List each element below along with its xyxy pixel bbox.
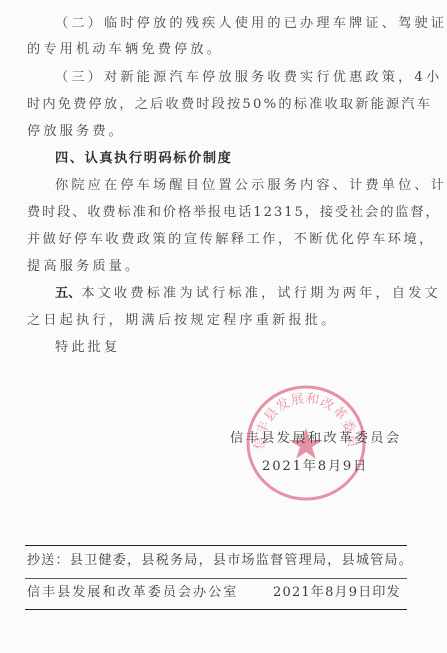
paragraph-2-line-2: 的专用机动车辆免费停放。 — [27, 42, 407, 58]
signature-date: 2021年8月9日 — [262, 459, 368, 475]
paragraph-3-line-3: 停放服务费。 — [27, 124, 407, 140]
paragraph-3-line-1: （三）对新能源汽车停放服务收费实行优惠政策，4小 — [55, 70, 407, 86]
paragraph-4-line-1: 你院应在停车场醒目位置公示服务内容、计费单位、计 — [55, 178, 407, 194]
document-page: （二）临时停放的残疾人使用的已办理车牌证、驾驶证 的专用机动车辆免费停放。 （三… — [0, 0, 447, 653]
section-lead-5: 五、 — [55, 286, 81, 301]
paragraph-5-text: 本文收费标准为试行标准，试行期为两年，自发文 — [81, 286, 440, 301]
paragraph-5-line-2: 之日起执行，期满后按规定程序重新报批。 — [27, 313, 407, 329]
paragraph-2-line-1: （二）临时停放的残疾人使用的已办理车牌证、驾驶证 — [55, 16, 407, 32]
footer-rule-middle — [25, 578, 407, 579]
paragraph-4-line-4: 提高服务质量。 — [27, 259, 407, 275]
paragraph-4-line-2: 费时段、收费标准和价格举报电话12315，接受社会的监督， — [27, 205, 407, 221]
paragraph-4-line-3: 并做好停车收费政策的宣传解释工作，不断优化停车环境， — [27, 232, 407, 248]
issuing-office: 信丰县发展和改革委员会办公室 — [27, 585, 238, 601]
signature-organization: 信丰县发展和改革委员会 — [230, 431, 401, 447]
footer-rule-bottom — [25, 609, 407, 610]
issue-date: 2021年8月9日印发 — [273, 585, 401, 601]
closing-phrase: 特此批复 — [55, 340, 407, 356]
footer-rule-top — [25, 545, 407, 546]
section-heading-4: 四、认真执行明码标价制度 — [55, 151, 407, 167]
paragraph-5-line-1: 五、本文收费标准为试行标准，试行期为两年，自发文 — [55, 286, 407, 302]
paragraph-3-line-2: 时内免费停放，之后收费时段按50%的标准收取新能源汽车 — [27, 97, 407, 113]
cc-list: 抄送：县卫健委，县税务局，县市场监督管理局，县城管局。 — [27, 553, 413, 569]
